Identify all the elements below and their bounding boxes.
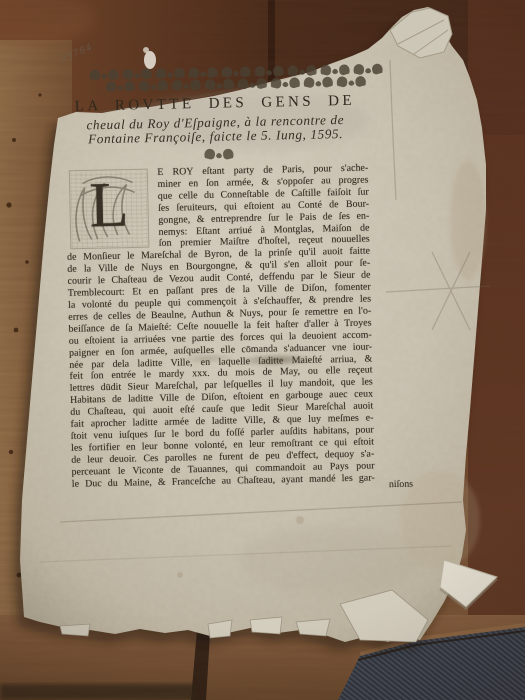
pamphlet-text: LA ROVTTE DES GENS DE cheual du Roy d'Eſ… [58, 55, 379, 490]
catchword: niſons [389, 479, 413, 491]
drop-cap-letter: L [68, 164, 150, 246]
body-text-block: L E ROY eſtant party de Paris, pour s'ac… [65, 163, 375, 491]
photo-of-antique-pamphlet: LA ROVTTE DES GENS DE cheual du Roy d'Eſ… [0, 0, 525, 700]
woodcut-initial-L: L [68, 168, 150, 250]
